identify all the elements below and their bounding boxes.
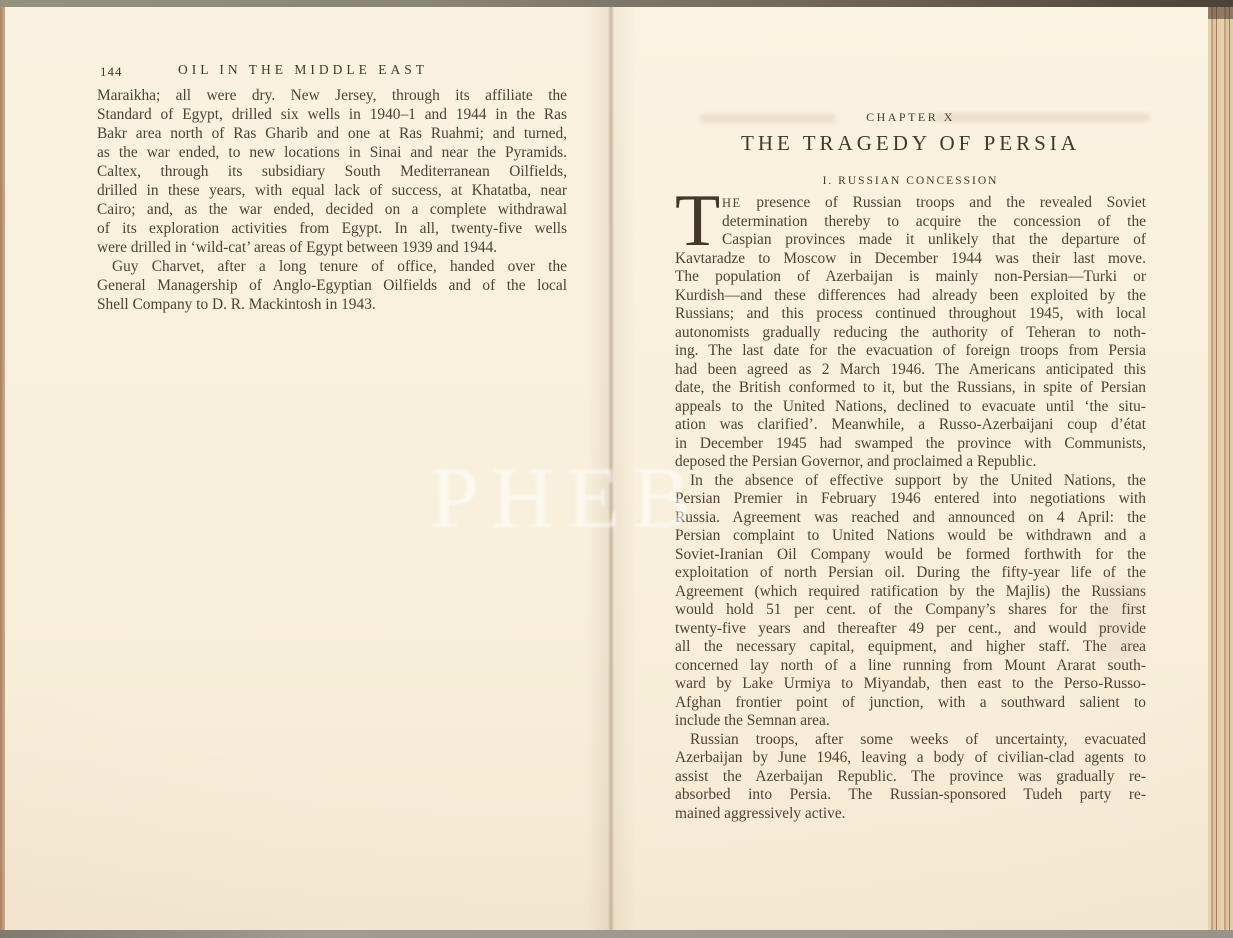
scanner-bottom-edge: [0, 930, 1233, 938]
text-line: Maraikha; all were dry. New Jersey, thro…: [97, 86, 567, 105]
text-line: Caltex, through its subsidiary South Med…: [97, 162, 567, 181]
left-page-header: 144 OIL IN THE MIDDLE EAST: [97, 62, 567, 80]
text-line: mained aggressively active.: [675, 805, 1146, 824]
paragraph: In the absence of effective support by t…: [675, 472, 1146, 731]
text-line: Russia. Agreement was reached and announ…: [675, 509, 1146, 528]
text-line: ation was clarified’. Meanwhile, a Russo…: [675, 416, 1146, 435]
text-line: autonomists gradually reducing the autho…: [675, 324, 1146, 343]
text-line: exploitation of north Persian oil. Durin…: [675, 564, 1146, 583]
text-line: deposed the Persian Governor, and procla…: [675, 453, 1146, 472]
bleed-through-smudge: [700, 114, 835, 123]
gutter-shadow: [586, 7, 636, 930]
text-line: drilled in these years, with equal lack …: [97, 181, 567, 200]
text-line: assist the Azerbaijan Republic. The prov…: [675, 768, 1146, 787]
chapter-title: THE TRAGEDY OF PERSIA: [675, 131, 1146, 156]
paragraph: Russian troops, after some weeks of unce…: [675, 731, 1146, 824]
text-line: Russians; and this process continued thr…: [675, 305, 1146, 324]
text-line: HE presence of Russian troops and the re…: [675, 194, 1146, 213]
text-line: date, the British conformed to it, but t…: [675, 379, 1146, 398]
text-line: Soviet-Iranian Oil Company would be form…: [675, 546, 1146, 565]
drop-cap: T: [675, 193, 722, 247]
text-line: twenty-five years and thereafter 49 per …: [675, 620, 1146, 639]
bleed-through-smudge: [935, 113, 1150, 122]
text-line: ward by Lake Urmiya to Miyandab, then ea…: [675, 675, 1146, 694]
text-line: were drilled in ‘wild-cat’ areas of Egyp…: [97, 238, 567, 257]
text-line: Cairo; and, as the war ended, decided on…: [97, 200, 567, 219]
text-line: Caspian provinces made it unlikely that …: [675, 231, 1146, 250]
page-edge-dark-corner: [1208, 7, 1233, 19]
text-line: determination thereby to acquire the con…: [675, 213, 1146, 232]
text-line: concerned lay north of a line running fr…: [675, 657, 1146, 676]
text-line: as the war ended, to new locations in Si…: [97, 143, 567, 162]
text-line: Guy Charvet, after a long tenure of offi…: [97, 257, 567, 276]
text-line: Shell Company to D. R. Mackintosh in 194…: [97, 295, 567, 314]
text-line: Persian complaint to United Nations woul…: [675, 527, 1146, 546]
text-line: in December 1945 had swamped the provinc…: [675, 435, 1146, 454]
book-scan: 144 OIL IN THE MIDDLE EAST Maraikha; all…: [0, 0, 1233, 938]
paragraph: Maraikha; all were dry. New Jersey, thro…: [97, 86, 567, 257]
text-line: all the necessary capital, equipment, an…: [675, 638, 1146, 657]
bleed-through-smudge: [1098, 580, 1140, 660]
left-page-body: Maraikha; all were dry. New Jersey, thro…: [97, 86, 567, 314]
text-line: Standard of Egypt, drilled six wells in …: [97, 105, 567, 124]
scanner-top-edge: [0, 0, 1233, 7]
text-line: include the Semnan area.: [675, 712, 1146, 731]
text-line: of its exploration activities from Egypt…: [97, 219, 567, 238]
text-line: The population of Azerbaijan is mainly n…: [675, 268, 1146, 287]
text-line: General Managership of Anglo-Egyptian Oi…: [97, 276, 567, 295]
text-line: Kurdish—and these differences had alread…: [675, 287, 1146, 306]
section-heading: I. RUSSIAN CONCESSION: [675, 175, 1146, 187]
text-line: Kavtaradze to Moscow in December 1944 wa…: [675, 250, 1146, 269]
text-line: Persian Premier in February 1946 entered…: [675, 490, 1146, 509]
text-line: ing. The last date for the evacuation of…: [675, 342, 1146, 361]
text-line: Bakr area north of Ras Gharib and one at…: [97, 124, 567, 143]
text-line: absorbed into Persia. The Russian-sponso…: [675, 786, 1146, 805]
text-line: appeals to the United Nations, declined …: [675, 398, 1146, 417]
paragraph: Guy Charvet, after a long tenure of offi…: [97, 257, 567, 314]
scanner-left-edge: [0, 7, 5, 930]
text-line: Azerbaijan by June 1946, leaving a body …: [675, 749, 1146, 768]
text-line: Afghan frontier point of junction, with …: [675, 694, 1146, 713]
right-page-body: THE presence of Russian troops and the r…: [675, 194, 1146, 823]
small-caps-lead: HE: [722, 196, 742, 210]
running-title: OIL IN THE MIDDLE EAST: [97, 62, 509, 78]
text-line: had been agreed as 2 March 1946. The Ame…: [675, 361, 1146, 380]
text-line: would hold 51 per cent. of the Company’s…: [675, 601, 1146, 620]
text-line: Russian troops, after some weeks of unce…: [675, 731, 1146, 750]
paragraph: THE presence of Russian troops and the r…: [675, 194, 1146, 472]
page-edge-streaks: [1208, 7, 1233, 930]
text-line: Agreement (which required ratification b…: [675, 583, 1146, 602]
text-line: In the absence of effective support by t…: [675, 472, 1146, 491]
